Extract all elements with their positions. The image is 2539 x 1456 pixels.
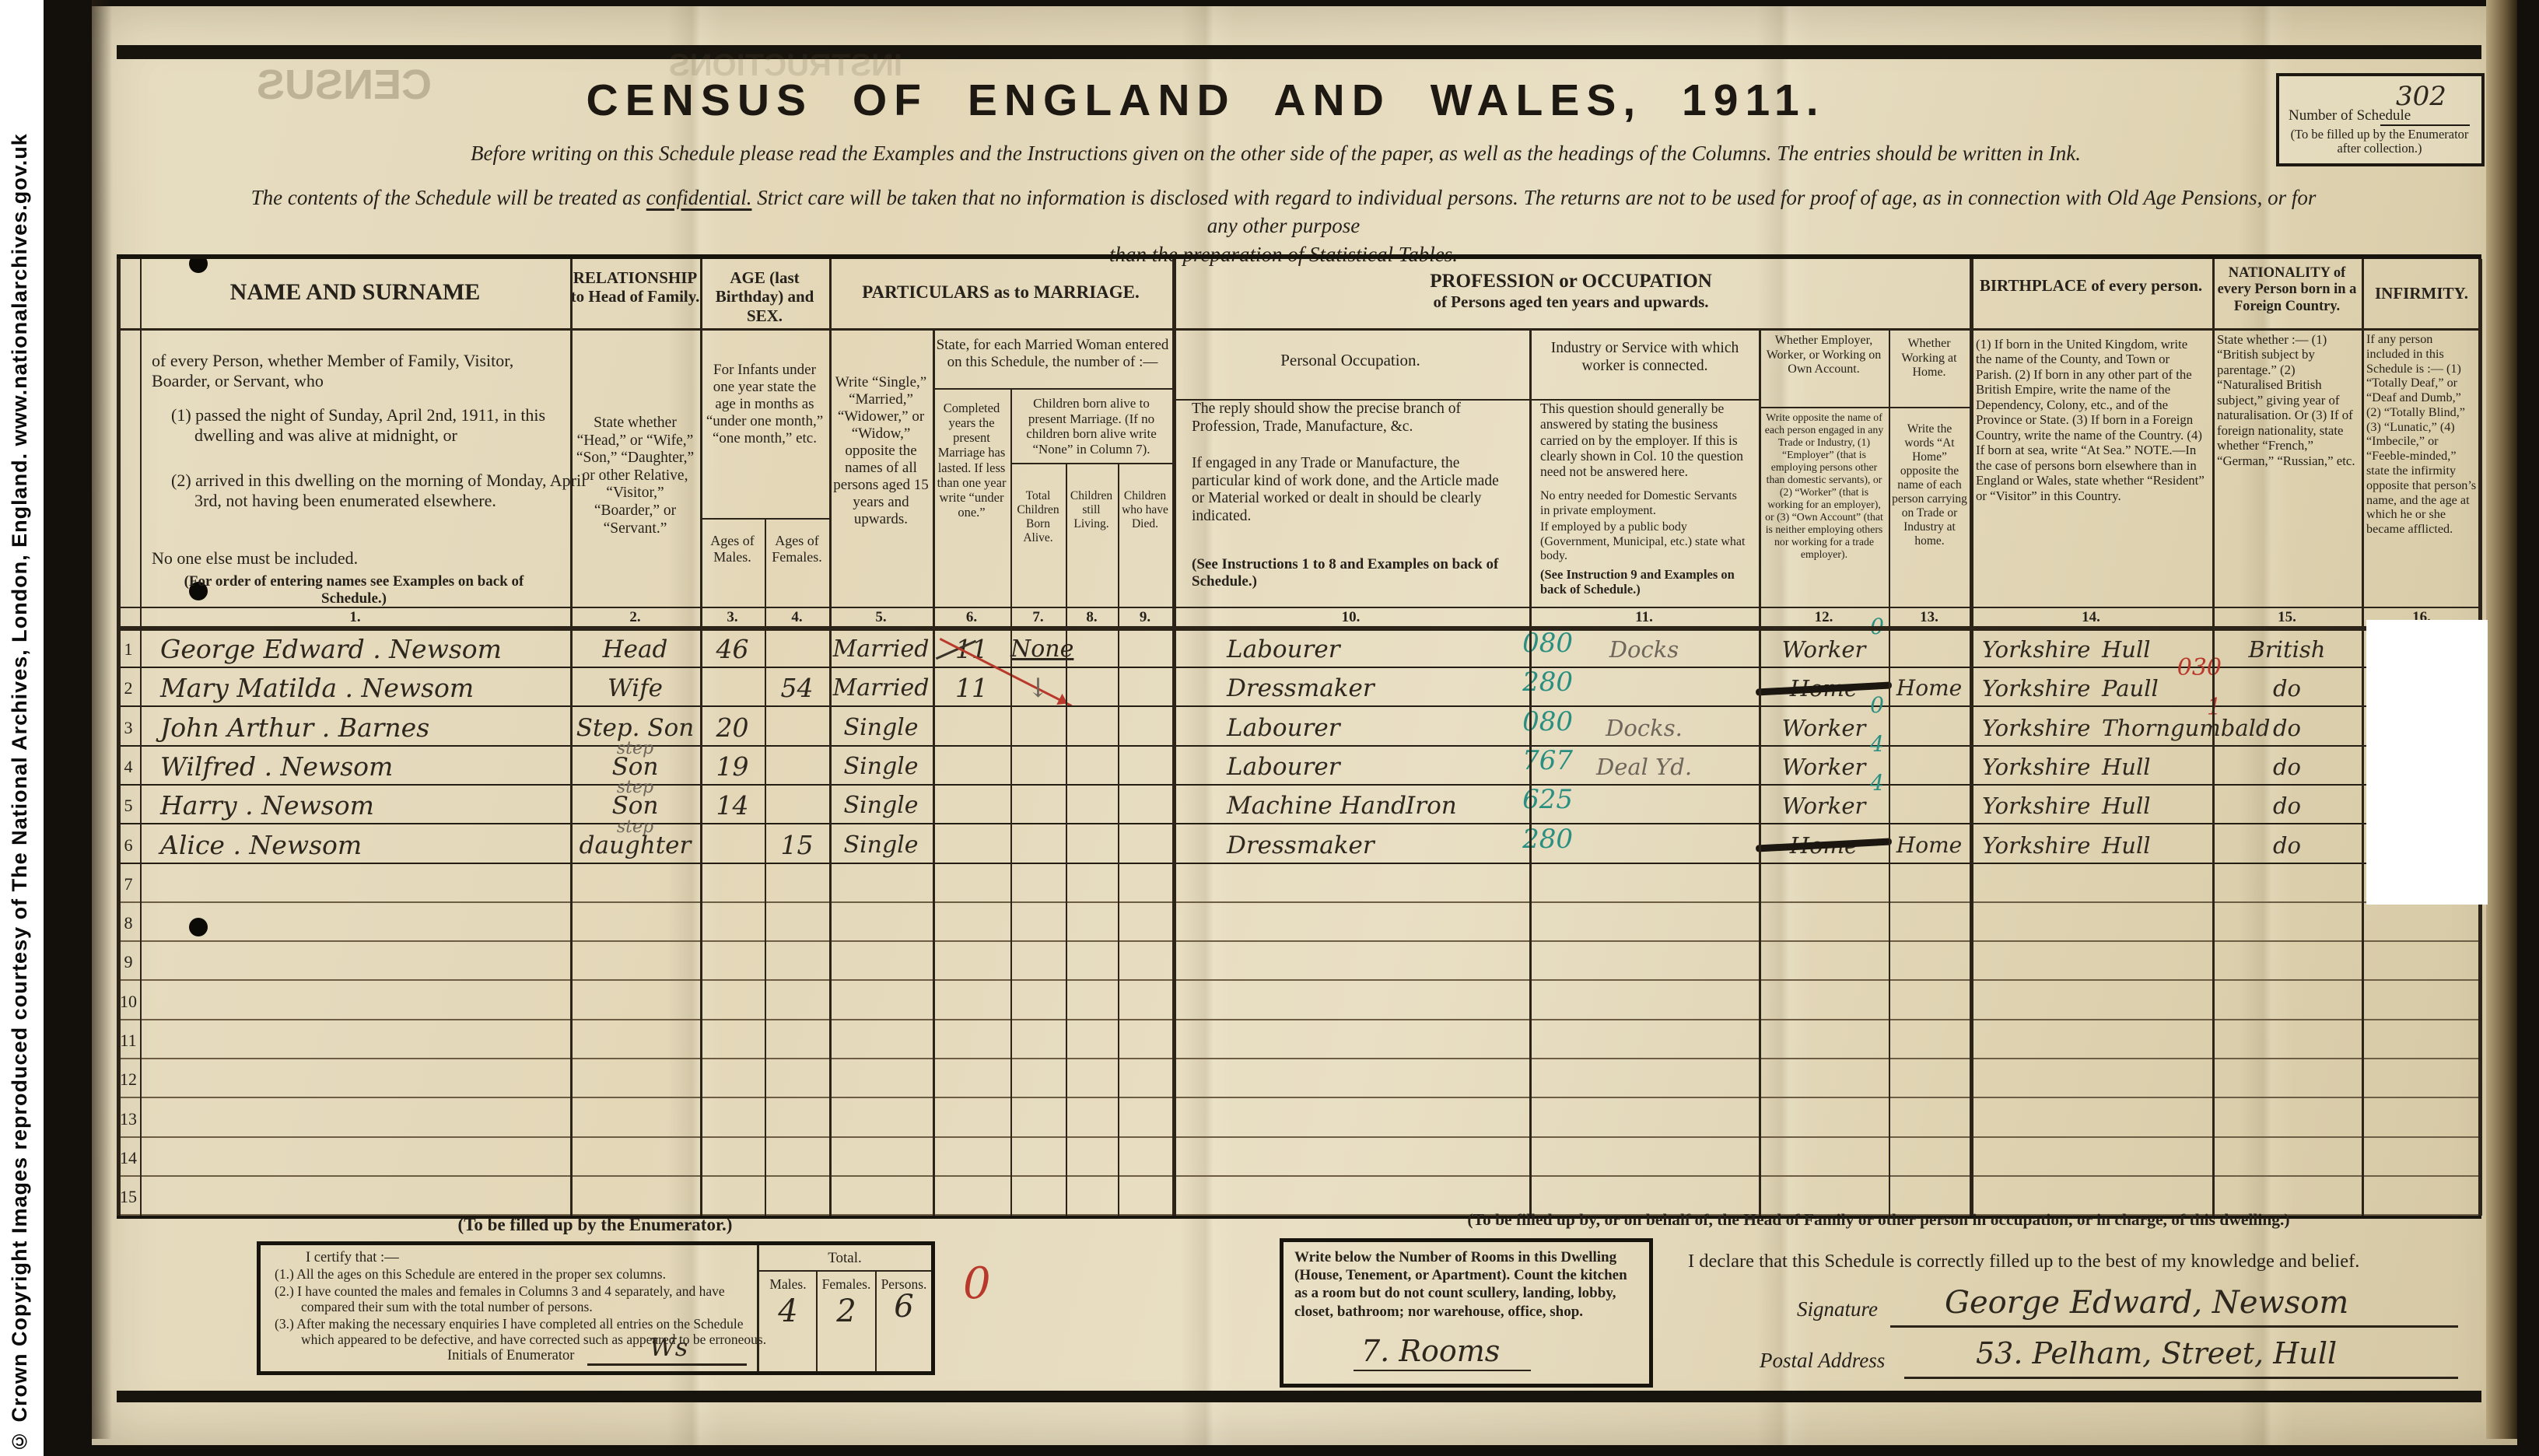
birthplace-county: YorkshireHull bbox=[1970, 824, 2225, 864]
col7-subheader: Total Children Born Alive. bbox=[1012, 489, 1064, 545]
col1-note-2: (For order of entering names see Example… bbox=[152, 573, 556, 607]
column-number: 11. bbox=[1529, 607, 1759, 628]
column-number: 13. bbox=[1889, 607, 1970, 628]
occupation-cell: Dressmaker280 bbox=[1172, 824, 1584, 864]
col1-instructions-1: (1) passed the night of Sunday, April 2n… bbox=[171, 405, 587, 445]
column-rule bbox=[117, 259, 121, 1216]
col10-instructions-1: The reply should show the precise branch… bbox=[1192, 401, 1512, 436]
col1-instructions-2: (2) arrived in this dwelling on the morn… bbox=[171, 471, 587, 510]
birthplace-town: Hull bbox=[2102, 824, 2151, 866]
years-married-cell: 11 bbox=[933, 667, 1010, 707]
paper-left-edge-shadow bbox=[92, 0, 112, 1439]
nationality-cell: do bbox=[2212, 785, 2362, 824]
col10-subheader: Personal Occupation. bbox=[1175, 351, 1526, 369]
postal-address-line bbox=[1904, 1377, 2458, 1379]
initials-value: Ws bbox=[650, 1332, 688, 1362]
column-number: 4. bbox=[765, 607, 829, 628]
column-rule bbox=[1118, 463, 1119, 1216]
age-males-cell: 20 bbox=[700, 707, 765, 747]
nationality-cell: British bbox=[2212, 628, 2362, 668]
employment-status-cell: Home bbox=[1759, 667, 1889, 707]
column-number: 6. bbox=[933, 607, 1010, 628]
header-rule bbox=[1010, 463, 1172, 464]
column-number: 5. bbox=[829, 607, 933, 628]
age-females-cell: 15 bbox=[765, 824, 829, 864]
schedule-number-value: 302 bbox=[2396, 81, 2446, 112]
col11-subheader: Industry or Service with which worker is… bbox=[1534, 340, 1756, 375]
col69-group-header: State, for each Married Woman entered on… bbox=[936, 337, 1169, 371]
red-zero-mark: 0 bbox=[963, 1258, 991, 1309]
postal-address-label: Postal Address bbox=[1760, 1349, 1885, 1373]
table-row: 13 bbox=[117, 1098, 2481, 1138]
employment-code-mark: 0 bbox=[1870, 695, 1884, 716]
col10-instructions-3: (See Instructions 1 to 8 and Examples on… bbox=[1192, 556, 1512, 590]
table-row: 12 bbox=[117, 1059, 2481, 1098]
col16-header: INFIRMITY. bbox=[2362, 284, 2481, 303]
age-females-cell: 54 bbox=[765, 667, 829, 707]
col4-subheader: Ages of Females. bbox=[765, 533, 829, 565]
birthplace-county: YorkshireThorngumbald1 bbox=[1970, 707, 2225, 747]
employment-code-mark: 4 bbox=[1870, 733, 1884, 755]
initials-label: Initials of Enumerator bbox=[447, 1348, 574, 1364]
postal-address-value: 53. Pelham, Street, Hull bbox=[1976, 1336, 2337, 1370]
cert-line-3: (3.) After making the necessary enquirie… bbox=[275, 1317, 768, 1347]
col11-instructions-3: If employed by a public body (Government… bbox=[1540, 520, 1749, 564]
census-schedule-scan: © Crown Copyright Images reproduced cour… bbox=[0, 0, 2539, 1456]
column-number: 14. bbox=[1970, 607, 2212, 628]
nationality-cell: do bbox=[2212, 746, 2362, 786]
pencil-arrow-mark: ↓ bbox=[1010, 667, 1066, 707]
copyright-strip: © Crown Copyright Images reproduced cour… bbox=[0, 0, 44, 1456]
declaration-text: I declare that this Schedule is correctl… bbox=[1688, 1251, 2474, 1272]
col1-instructions-intro: of every Person, whether Member of Famil… bbox=[152, 351, 564, 390]
age-males-cell: 19 bbox=[700, 746, 765, 786]
marital-cell: Single bbox=[829, 746, 933, 786]
ghost-bleedthrough-census: CENSUS bbox=[257, 61, 432, 109]
col14-header: BIRTHPLACE of every person. bbox=[1970, 276, 2212, 295]
column-number: 12. bbox=[1759, 607, 1889, 628]
column-rule bbox=[570, 259, 573, 1216]
males-label: Males. bbox=[760, 1276, 816, 1293]
signature-line bbox=[1890, 1325, 2458, 1328]
table-row: 11 bbox=[117, 1020, 2481, 1059]
age-males-cell: 14 bbox=[700, 785, 765, 824]
column-number: 2. bbox=[570, 607, 700, 628]
col1-note-1: No one else must be included. bbox=[152, 548, 556, 569]
column-rule bbox=[1970, 259, 1973, 1216]
name-cell: Wilfred . Newsom bbox=[140, 746, 590, 786]
nationality-cell: do bbox=[2212, 824, 2362, 864]
relationship-cell: Head bbox=[570, 628, 700, 668]
copyright-text: © Crown Copyright Images reproduced cour… bbox=[8, 6, 32, 1453]
enumerator-heading: (To be filled up by the Enumerator.) bbox=[257, 1215, 933, 1235]
column-rule bbox=[2362, 259, 2364, 1216]
birthplace-town: Hull bbox=[2102, 785, 2151, 827]
dwelling-heading: (To be filled up by, or on behalf of, th… bbox=[1280, 1210, 2478, 1230]
females-label: Females. bbox=[818, 1276, 875, 1293]
initials-line bbox=[587, 1363, 747, 1366]
employment-status-cell: Worker4 bbox=[1759, 785, 1889, 824]
rooms-value: 7. Rooms bbox=[1354, 1334, 1531, 1371]
col11-instructions-2: No entry needed for Domestic Servants in… bbox=[1540, 489, 1749, 518]
cert-line-1: (1.) All the ages on this Schedule are e… bbox=[275, 1267, 768, 1283]
col16-instructions: If any person included in this Schedule … bbox=[2366, 332, 2478, 537]
redaction-box bbox=[2366, 620, 2488, 905]
table-row: 8 bbox=[117, 902, 2481, 942]
column-number: 3. bbox=[700, 607, 765, 628]
page-title: CENSUS OF ENGLAND AND WALES, 1911. bbox=[545, 75, 1867, 126]
column-rule bbox=[829, 259, 832, 1216]
nationality-cell: do bbox=[2212, 667, 2362, 707]
col14-instructions: (1) If born in the United Kingdom, write… bbox=[1976, 337, 2206, 503]
col79-group-header: Children born alive to present Marriage.… bbox=[1014, 396, 1169, 457]
birthplace-county: YorkshirePaull030 bbox=[1970, 667, 2225, 707]
birthplace-county: YorkshireHull bbox=[1970, 785, 2225, 824]
females-value: 2 bbox=[818, 1293, 875, 1329]
column-number: 7. bbox=[1010, 607, 1066, 628]
schedule-number-line bbox=[2380, 124, 2470, 126]
name-cell: Mary Matilda . Newsom bbox=[140, 667, 590, 707]
profession-title: PROFESSION or OCCUPATION bbox=[1172, 270, 1970, 292]
nationality-cell: do bbox=[2212, 707, 2362, 747]
col15-header: NATIONALITY of every Person born in a Fo… bbox=[2212, 265, 2362, 315]
census-table: NAME AND SURNAME RELATIONSHIP to Head of… bbox=[117, 254, 2481, 1219]
relationship-cell: daughter bbox=[570, 824, 700, 864]
enumerator-box: I certify that :— (1.) All the ages on t… bbox=[257, 1241, 935, 1375]
pencil-strike bbox=[936, 639, 976, 660]
marital-cell: Single bbox=[829, 824, 933, 864]
schedule-number-label: Number of Schedule bbox=[2289, 107, 2411, 124]
signature-value: George Edward, Newsom bbox=[1945, 1285, 2348, 1321]
column-number: 10. bbox=[1172, 607, 1529, 628]
column-rule bbox=[700, 259, 702, 1216]
birthplace-town: Hull bbox=[2102, 628, 2151, 670]
age-males-cell: 46 bbox=[700, 628, 765, 668]
schedule-number-box: Number of Schedule 302 (To be filled up … bbox=[2276, 73, 2485, 166]
table-row: 3John Arthur . BarnesStep. Son20SingleLa… bbox=[117, 707, 2481, 747]
col11-instructions-1: This question should generally be answer… bbox=[1540, 401, 1749, 479]
col1-header: NAME AND SURNAME bbox=[140, 279, 570, 306]
rooms-box: Write below the Number of Rooms in this … bbox=[1280, 1238, 1653, 1388]
black-strike bbox=[1756, 838, 1893, 852]
column-rule bbox=[933, 328, 935, 1216]
col3-subheader: Ages of Males. bbox=[700, 533, 765, 565]
birthplace-town: Paull bbox=[2102, 667, 2159, 709]
males-value: 4 bbox=[760, 1293, 816, 1329]
column-rule bbox=[140, 259, 142, 1216]
cert-line-2: (2.) I have counted the males and female… bbox=[275, 1284, 768, 1314]
column-rule bbox=[2212, 259, 2215, 1216]
column-rule bbox=[1066, 463, 1067, 1216]
col34-instructions: For Infants under one year state the age… bbox=[703, 362, 826, 447]
table-row: 9 bbox=[117, 941, 2481, 981]
at-home-cell: Home bbox=[1889, 667, 1970, 707]
header-rule bbox=[1759, 407, 1970, 408]
table-row: 4Wilfred . NewsomstepSon19SingleLabourer… bbox=[117, 746, 2481, 786]
name-cell: Alice . Newsom bbox=[140, 824, 590, 864]
column-rule bbox=[1529, 328, 1532, 1216]
top-rule bbox=[117, 45, 2481, 59]
persons-value: 6 bbox=[877, 1289, 931, 1325]
col12-subheader: Whether Employer, Worker, or Working on … bbox=[1760, 334, 1887, 377]
children-born-cell: None bbox=[1010, 628, 1066, 668]
column-number: 15. bbox=[2212, 607, 2362, 628]
col5-instructions: Write “Single,” “Married,” “Widower,” or… bbox=[832, 374, 930, 528]
name-cell: John Arthur . Barnes bbox=[140, 707, 590, 747]
col9-subheader: Children who have Died. bbox=[1119, 489, 1171, 531]
col15-instructions: State whether :— (1) “British subject by… bbox=[2217, 332, 2357, 468]
column-number: 8. bbox=[1066, 607, 1118, 628]
marital-cell: Married bbox=[829, 667, 933, 707]
table-row: 6Alice . Newsomstepdaughter15SingleDress… bbox=[117, 824, 2481, 864]
col10-instructions-2: If engaged in any Trade or Manufacture, … bbox=[1192, 455, 1512, 525]
header-rule bbox=[1172, 399, 1759, 401]
table-row: 5Harry . NewsomstepSon14SingleMachine Ha… bbox=[117, 785, 2481, 824]
col2-instructions: State whether “Head,” or “Wife,” “Son,” … bbox=[574, 415, 696, 537]
column-rule bbox=[1759, 328, 1761, 1216]
header-rule bbox=[700, 518, 829, 520]
col11-instructions-4: (See Instruction 9 and Examples on back … bbox=[1540, 567, 1749, 597]
intro2-confidential: confidential. bbox=[646, 186, 752, 209]
birthplace-county: YorkshireHull bbox=[1970, 746, 2225, 786]
marital-cell: Single bbox=[829, 785, 933, 824]
name-cell: George Edward . Newsom bbox=[140, 628, 590, 668]
paper-right-edge bbox=[2486, 0, 2517, 1439]
column-number: 1. bbox=[140, 607, 570, 628]
col2-header: RELATIONSHIP to Head of Family. bbox=[570, 268, 700, 306]
marital-cell: Married bbox=[829, 628, 933, 668]
col12-instructions: Write opposite the name of each person e… bbox=[1763, 411, 1886, 561]
col8-subheader: Children still Living. bbox=[1066, 489, 1116, 531]
occupation-material: Iron bbox=[1406, 785, 1457, 827]
relationship-cell: Wife bbox=[570, 667, 700, 707]
table-row: 1George Edward . NewsomHead46Married11No… bbox=[117, 628, 2481, 668]
signature-label: Signature bbox=[1797, 1297, 1878, 1321]
col59-header: PARTICULARS as to MARRIAGE. bbox=[829, 282, 1172, 303]
col6-instructions: Completed years the present Marriage has… bbox=[934, 401, 1009, 520]
header-rule bbox=[933, 388, 1172, 390]
cert-intro: I certify that :— bbox=[306, 1250, 399, 1266]
employment-status-cell: Home bbox=[1759, 824, 1889, 864]
at-home-cell: Home bbox=[1889, 824, 1970, 864]
table-row: 7 bbox=[117, 863, 2481, 903]
table-row: 10 bbox=[117, 981, 2481, 1020]
rooms-instructions: Write below the Number of Rooms in this … bbox=[1294, 1248, 1637, 1321]
col13-subheader: Whether Working at Home. bbox=[1890, 337, 1968, 380]
column-rule bbox=[1889, 328, 1890, 1216]
column-number: 9. bbox=[1118, 607, 1172, 628]
marital-cell: Single bbox=[829, 707, 933, 747]
col13-instructions: Write the words “At Home” opposite the n… bbox=[1892, 422, 1967, 548]
column-rule bbox=[1010, 388, 1012, 1216]
employment-code-mark: 4 bbox=[1870, 772, 1884, 794]
employment-status-cell: Worker0 bbox=[1759, 628, 1889, 668]
col34-header: AGE (last Birthday) and SEX. bbox=[700, 268, 829, 325]
employment-status-cell: Worker0 bbox=[1759, 707, 1889, 747]
profession-subtitle: of Persons aged ten years and upwards. bbox=[1172, 292, 1970, 311]
employment-status-cell: Worker4 bbox=[1759, 746, 1889, 786]
total-rule bbox=[758, 1270, 931, 1272]
name-cell: Harry . Newsom bbox=[140, 785, 590, 824]
birthplace-town: Hull bbox=[2102, 746, 2151, 788]
col1013-header: PROFESSION or OCCUPATION of Persons aged… bbox=[1172, 270, 1970, 311]
total-label: Total. bbox=[758, 1250, 931, 1267]
bottom-rule bbox=[117, 1391, 2481, 1402]
header-rule bbox=[117, 328, 2481, 331]
years-married-cell: 11 bbox=[933, 628, 1010, 668]
intro2-post: Strict care will be taken that no inform… bbox=[751, 186, 2316, 237]
table-row: 2Mary Matilda . NewsomWife54Married11↓Dr… bbox=[117, 667, 2481, 707]
intro-line-1: Before writing on this Schedule please r… bbox=[327, 142, 2225, 166]
schedule-number-note: (To be filled up by the Enumerator after… bbox=[2282, 128, 2477, 156]
table-row: 14 bbox=[117, 1137, 2481, 1177]
column-rule bbox=[1172, 259, 1176, 1216]
intro2-pre: The contents of the Schedule will be tre… bbox=[251, 186, 646, 209]
